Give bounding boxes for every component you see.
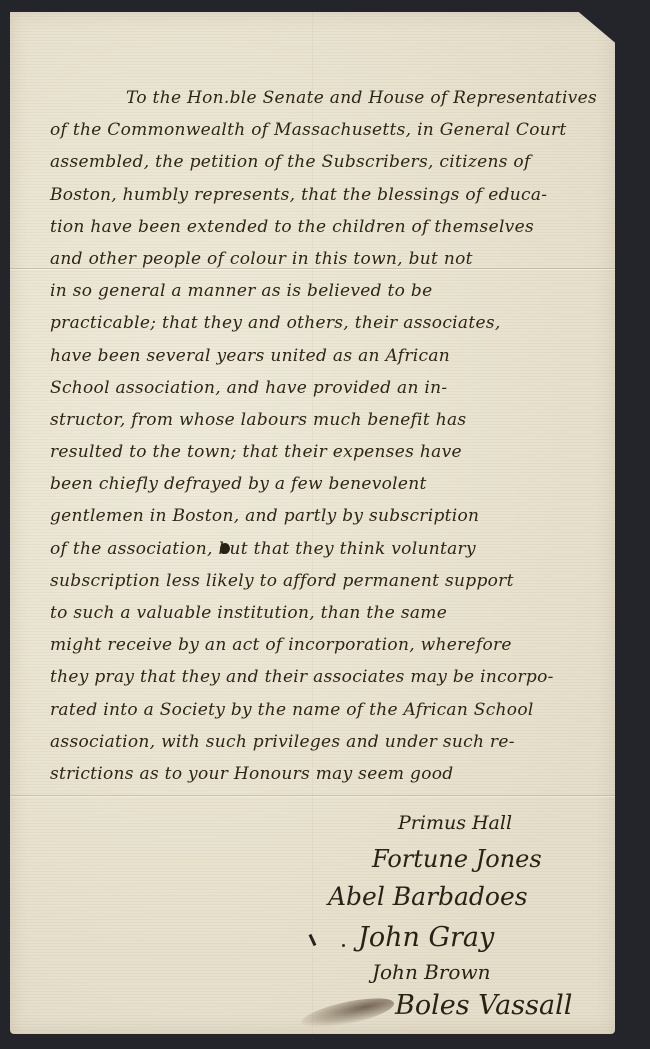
ink-mark <box>309 934 317 946</box>
signature: Primus Hall <box>398 812 512 834</box>
signature: Abel Barbadoes <box>328 882 528 911</box>
signature: Fortune Jones <box>372 845 542 873</box>
signature: John Gray <box>358 922 494 953</box>
signature: Boles Vassall <box>395 990 572 1021</box>
signature: John Brown <box>372 960 490 984</box>
signature-block: Primus Hall Fortune Jones Abel Barbadoes… <box>0 0 650 1049</box>
scan-frame: To the Hon.ble Senate and House of Repre… <box>0 0 650 1049</box>
ink-smudge <box>299 992 396 1033</box>
ink-dot <box>342 944 345 947</box>
